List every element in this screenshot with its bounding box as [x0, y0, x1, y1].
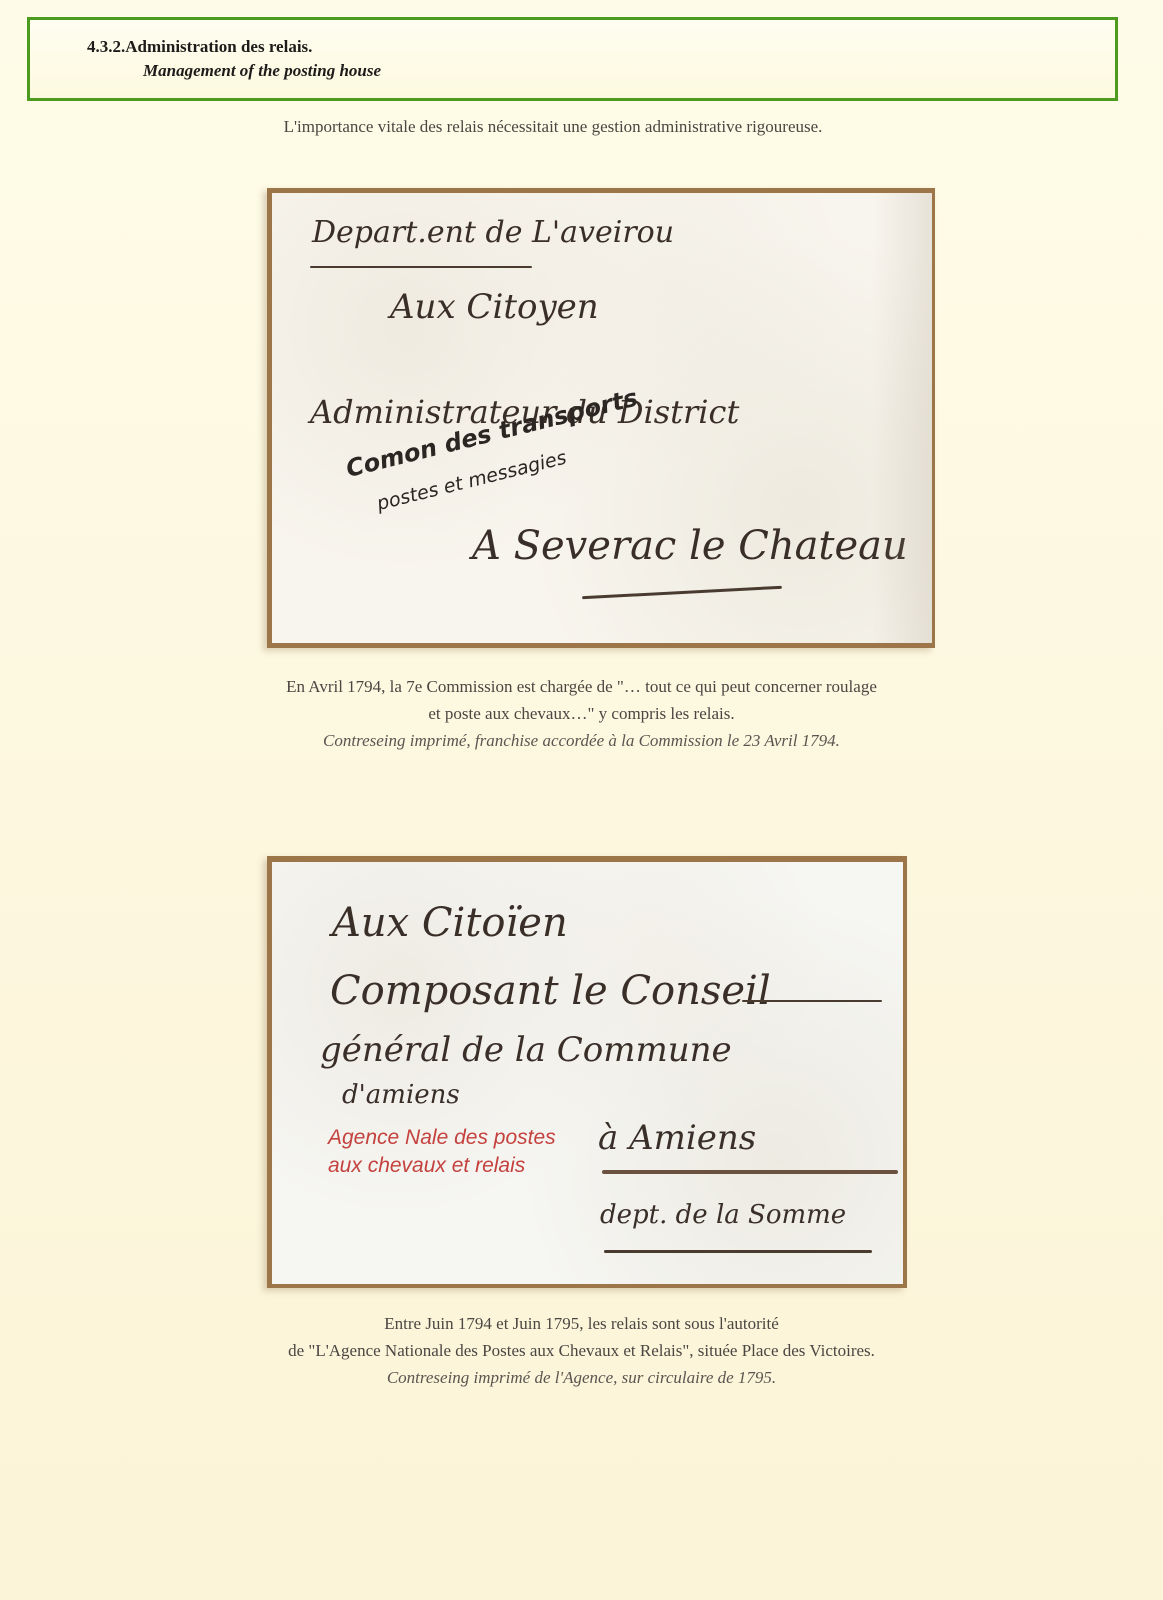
letter-2-caption-note: Contreseing imprimé de l'Agence, sur cir… [0, 1364, 1163, 1391]
underline-stroke [582, 586, 782, 599]
letter-1-cover: Depart.ent de L'aveirou Aux Citoyen Admi… [272, 193, 932, 643]
paper-fold [872, 193, 932, 643]
agence-handstamp-line-1: Agence Nale des postes [328, 1126, 556, 1150]
agence-handstamp-line-2: aux chevaux et relais [328, 1154, 525, 1178]
flourish-stroke [742, 1000, 882, 1002]
letter-1-address-line-2: Aux Citoyen [390, 287, 599, 327]
section-subtitle: Management of the posting house [143, 61, 381, 81]
letter-2-address-line-5: à Amiens [598, 1118, 756, 1158]
letter-2-caption: Entre Juin 1794 et Juin 1795, les relais… [0, 1310, 1163, 1391]
letter-2-caption-line-1: Entre Juin 1794 et Juin 1795, les relais… [0, 1310, 1163, 1337]
letter-1-caption-note: Contreseing imprimé, franchise accordée … [0, 727, 1163, 754]
letter-2-address-line-1: Aux Citoïen [332, 900, 568, 946]
underline-stroke [604, 1250, 872, 1253]
letter-1-caption-line-2: et poste aux chevaux…" y compris les rel… [0, 700, 1163, 727]
letter-2-address-line-3: général de la Commune [320, 1030, 732, 1070]
letter-1-address-line-4: A Severac le Chateau [472, 523, 908, 569]
letter-1-caption-line-1: En Avril 1794, la 7e Commission est char… [0, 673, 1163, 700]
section-header-box: 4.3.2.Administration des relais. Managem… [27, 17, 1118, 101]
underline-stroke [310, 266, 532, 268]
letter-2-cover: Aux Citoïen Composant le Conseil général… [272, 862, 903, 1284]
letter-2-address-line-2: Composant le Conseil [330, 968, 771, 1014]
letter-1-caption: En Avril 1794, la 7e Commission est char… [0, 673, 1163, 754]
intro-text: L'importance vitale des relais nécessita… [0, 117, 1106, 137]
letter-2-address-line-6: dept. de la Somme [600, 1200, 846, 1230]
section-title: 4.3.2.Administration des relais. [87, 37, 312, 57]
letter-2-address-line-4: d'amiens [342, 1080, 460, 1110]
letter-2-caption-line-2: de "L'Agence Nationale des Postes aux Ch… [0, 1337, 1163, 1364]
letter-2-mount: Aux Citoïen Composant le Conseil général… [267, 856, 907, 1288]
letter-1-address-line-1: Depart.ent de L'aveirou [312, 215, 674, 250]
underline-stroke [602, 1170, 898, 1174]
letter-1-mount: Depart.ent de L'aveirou Aux Citoyen Admi… [267, 188, 935, 648]
